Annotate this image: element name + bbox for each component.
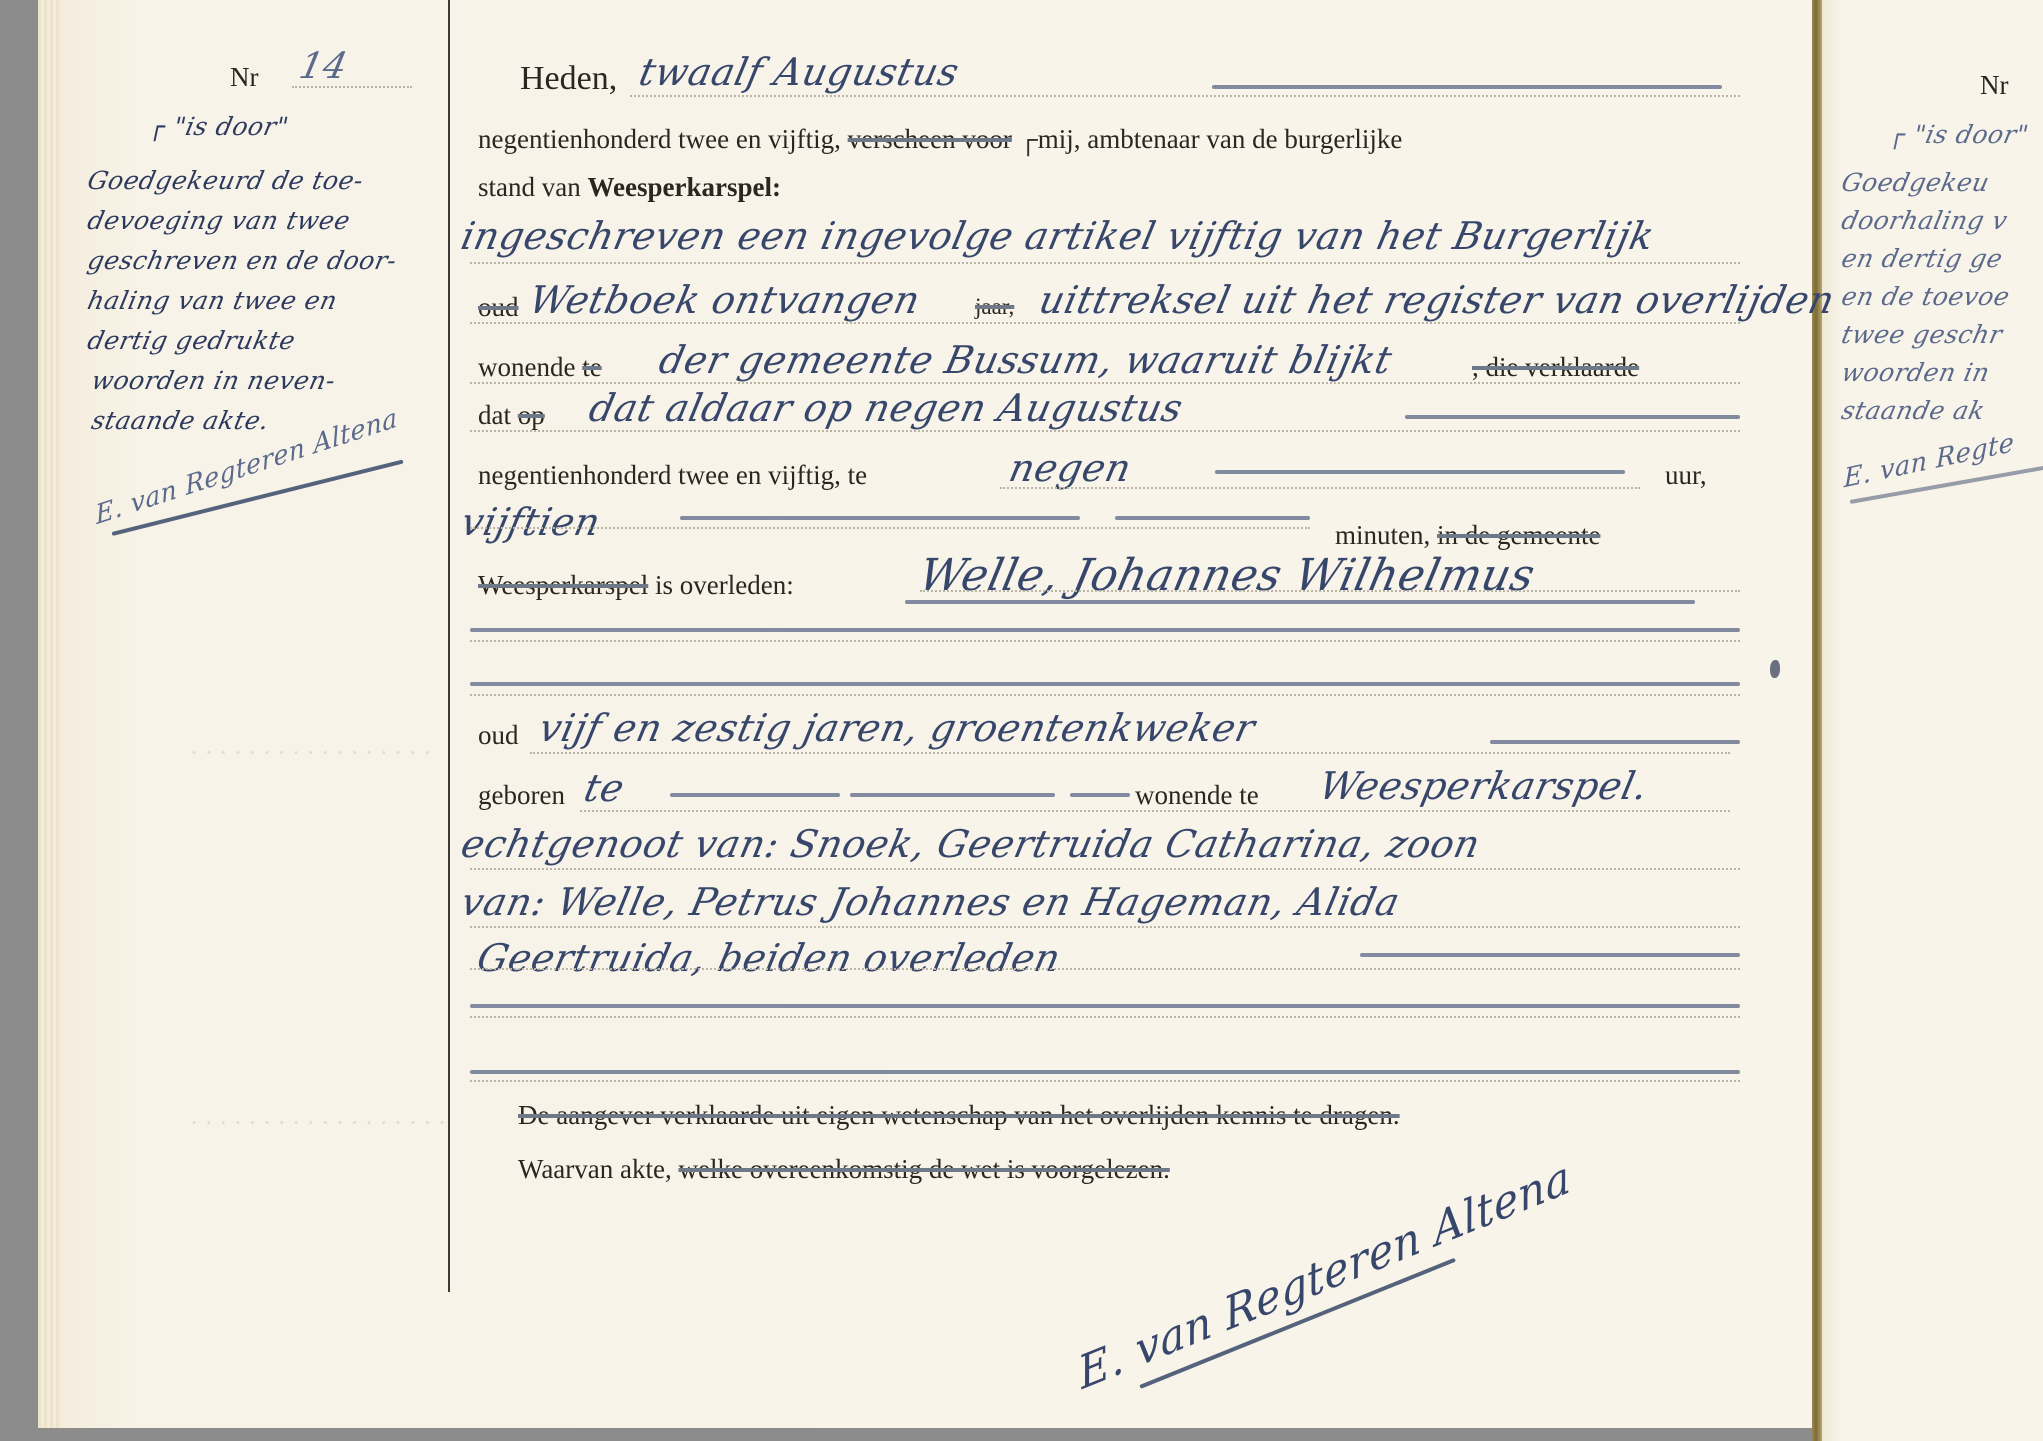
show-through-text: · · · · · · · · · · · · · · · · · [190,740,432,768]
handwritten-date: twaalf Augustus [635,50,963,94]
ink-blot [1770,660,1780,678]
printed-heden: Heden, [520,60,617,98]
printed-line: wonende te [478,352,602,383]
handwritten-hour: negen [1005,446,1135,490]
next-record-number-label: Nr [1980,70,2009,101]
spouse-line: echtgenoot van: Snoek, Geertruida Cathar… [457,822,1484,866]
show-through-text: · · · · · · · · · · · · · · · · · · [190,1110,446,1138]
age-occupation: vijf en zestig jaren, groentenkweker [535,706,1259,750]
handwritten-minutes: vijftien [457,500,604,544]
printed-line: negentienhonderd twee en vijftig, te [478,460,867,491]
ink-fill-line [470,682,1740,686]
printed-text: dat [478,400,511,430]
printed-line: dat op [478,400,545,431]
margin-note-line: woorden in neven- [89,366,338,395]
dotted-rule [470,868,1740,870]
struck-text: welke overeenkomstig de wet is voorgelez… [678,1154,1169,1184]
margin-note-line: devoeging van twee [85,206,353,235]
printed-text: oud [478,720,519,750]
ink-fill-line [1212,85,1722,89]
dotted-rule [470,694,1740,696]
ink-fill-line [1070,793,1130,797]
ink-fill-line [470,628,1740,632]
margin-note-line: staande akte. [89,406,272,435]
dotted-rule [470,322,1740,324]
printed-text: minuten, [1335,520,1430,550]
printed-text: wonende [478,352,575,382]
dotted-rule [530,752,1730,754]
printed-line: jaar, [975,294,1014,320]
struck-text: jaar, [975,294,1014,319]
ink-fill-line [680,516,1080,520]
dotted-rule [470,262,1740,264]
printed-line: negentienhonderd twee en vijftig, versch… [478,124,1402,155]
printed-line: De aangever verklaarde uit eigen wetensc… [518,1100,1400,1131]
printed-line: Waarvan akte, welke overeenkomstig de we… [518,1154,1170,1185]
dotted-rule [470,430,1740,432]
printed-uur: uur, [1665,460,1707,491]
printed-line: , die verklaarde [1472,352,1639,383]
margin-note-line: dertig gedrukte [85,326,298,355]
struck-text: oud [478,292,519,322]
name-underline [905,600,1695,604]
record-number: 14 [296,46,352,87]
struck-text: op [518,400,545,430]
insertion-mark: ┌ [1019,124,1038,154]
ink-fill-line [670,793,840,797]
ink-fill-line [1360,953,1740,957]
residence: Weesperkarspel. [1315,764,1652,808]
printed-text: mij, ambtenaar van de burgerlijke [1038,124,1403,154]
printed-line: oud [478,720,519,751]
printed-text: is overleden: [655,570,794,600]
printed-line: stand van Weesperkarspel: [478,172,781,203]
dotted-rule [470,968,1740,970]
struck-text: in de gemeente [1437,520,1600,550]
struck-text: De aangever verklaarde uit eigen wetensc… [518,1100,1400,1130]
parents-line: van: Welle, Petrus Johannes en Hageman, … [457,880,1404,924]
dotted-rule [1000,487,1640,489]
printed-text: negentienhonderd twee en vijftig, te [478,460,867,490]
next-margin-note-line: ┌ "is door" [1887,120,2031,149]
margin-rule [448,0,450,1292]
dotted-rule [920,590,1740,592]
record-number-label: Nr [230,62,259,93]
printed-text: stand van [478,172,581,202]
margin-note-line: haling van twee en [85,286,340,315]
dotted-rule [470,1016,1740,1018]
printed-line: minuten, in de gemeente [1335,520,1600,551]
margin-note-line: ┌ "is door" [147,112,291,141]
dotted-rule [470,382,1740,384]
page-stack-edge [38,0,60,1428]
dotted-rule [580,810,1730,812]
printed-text: geboren [478,780,565,810]
printed-line: geboren [478,780,565,811]
printed-line: Weesperkarspel is overleden: [478,570,794,601]
municipality-name: Weesperkarspel: [587,172,780,202]
book-gutter [1812,0,1822,1441]
struck-text: te [582,352,602,382]
ink-fill-line [1490,740,1740,744]
dotted-rule [470,527,1310,529]
dotted-rule [470,1080,1740,1082]
dotted-rule [630,95,1740,97]
printed-text: wonende te [1135,780,1259,810]
printed-line: oud [478,292,519,323]
ink-fill-line [470,1070,1740,1074]
ink-fill-line [1215,470,1625,474]
next-margin-note-line: twee geschr [1839,320,2005,349]
next-margin-note-line: en dertig ge [1839,244,2006,273]
handwritten-text: dat aldaar op negen Augustus [585,386,1186,430]
ink-fill-line [850,793,1055,797]
next-margin-note-line: Goedgekeu [1839,168,1992,197]
next-margin-note-line: staande ak [1839,396,1988,425]
struck-text: , die verklaarde [1472,352,1639,382]
margin-note-line: geschreven en de door- [85,246,400,275]
struck-text: Weesperkarspel [478,570,648,600]
handwritten-text: der gemeente Bussum, waaruit blijkt [655,338,1396,382]
printed-text: Waarvan akte, [518,1154,672,1184]
margin-note-line: Goedgekeurd de toe- [85,166,366,195]
handwritten-line: ingeschreven een ingevolge artikel vijft… [457,214,1658,258]
ink-fill-line [1405,415,1740,419]
deceased-name: Welle, Johannes Wilhelmus [915,550,1540,601]
handwritten-text: Wetboek ontvangen [525,278,924,322]
next-margin-note-line: woorden in [1839,358,1993,387]
struck-text: verscheen voor [848,124,1012,154]
printed-text: negentienhonderd twee en vijftig, [478,124,841,154]
printed-line: wonende te [1135,780,1259,811]
handwritten-text: uittreksel uit het register van overlijd… [1035,278,1838,322]
dotted-rule [470,640,1740,642]
dotted-rule [470,926,1740,928]
next-margin-note-line: doorhaling v [1839,206,2010,235]
parents-line-continued: Geertruida, beiden overleden [473,936,1064,980]
next-margin-note-line: en de toevoe [1839,282,2013,311]
ink-fill-line [470,1004,1740,1008]
ink-fill-line [1115,516,1310,520]
